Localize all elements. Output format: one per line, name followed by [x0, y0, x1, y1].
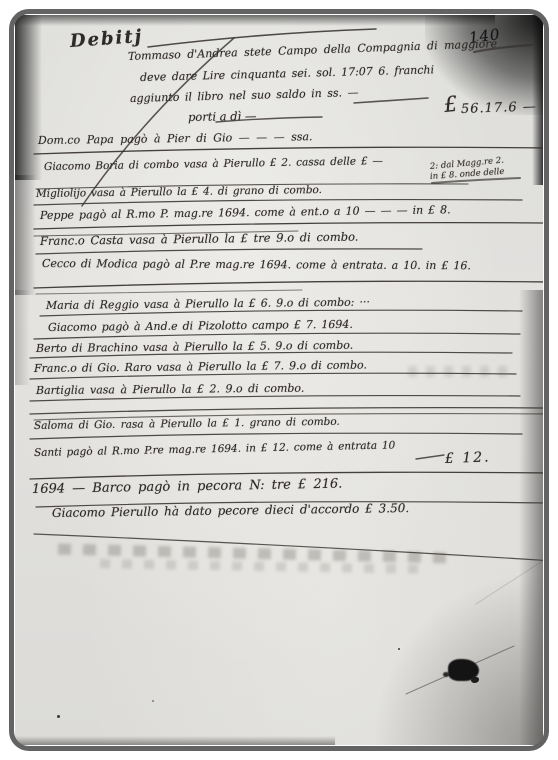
ink-speck — [57, 715, 60, 718]
paper-background — [15, 15, 543, 745]
scanned-manuscript-screenshot: Debitj 140 Tommaso d'Andrea stete Campo … — [0, 0, 558, 760]
ink-speck — [152, 700, 154, 702]
intro-line: porti a dì — — [188, 109, 257, 124]
entry-line: Cecco di Modica pagò al P.re mag.re 1694… — [42, 257, 471, 272]
ink-speck — [398, 648, 400, 650]
currency-symbol: £ — [443, 92, 459, 117]
manuscript-photo: Debitj 140 Tommaso d'Andrea stete Campo … — [15, 15, 543, 745]
ink-blot — [443, 672, 449, 677]
intro-total-amount: 56.17.6 — — [461, 99, 537, 117]
bleed-through-smudge — [408, 366, 512, 377]
entry-line: Bartiglia vasa à Pierullo la £ 2. 9.o di… — [36, 382, 304, 397]
entry-value: £ 12. — [445, 449, 491, 467]
